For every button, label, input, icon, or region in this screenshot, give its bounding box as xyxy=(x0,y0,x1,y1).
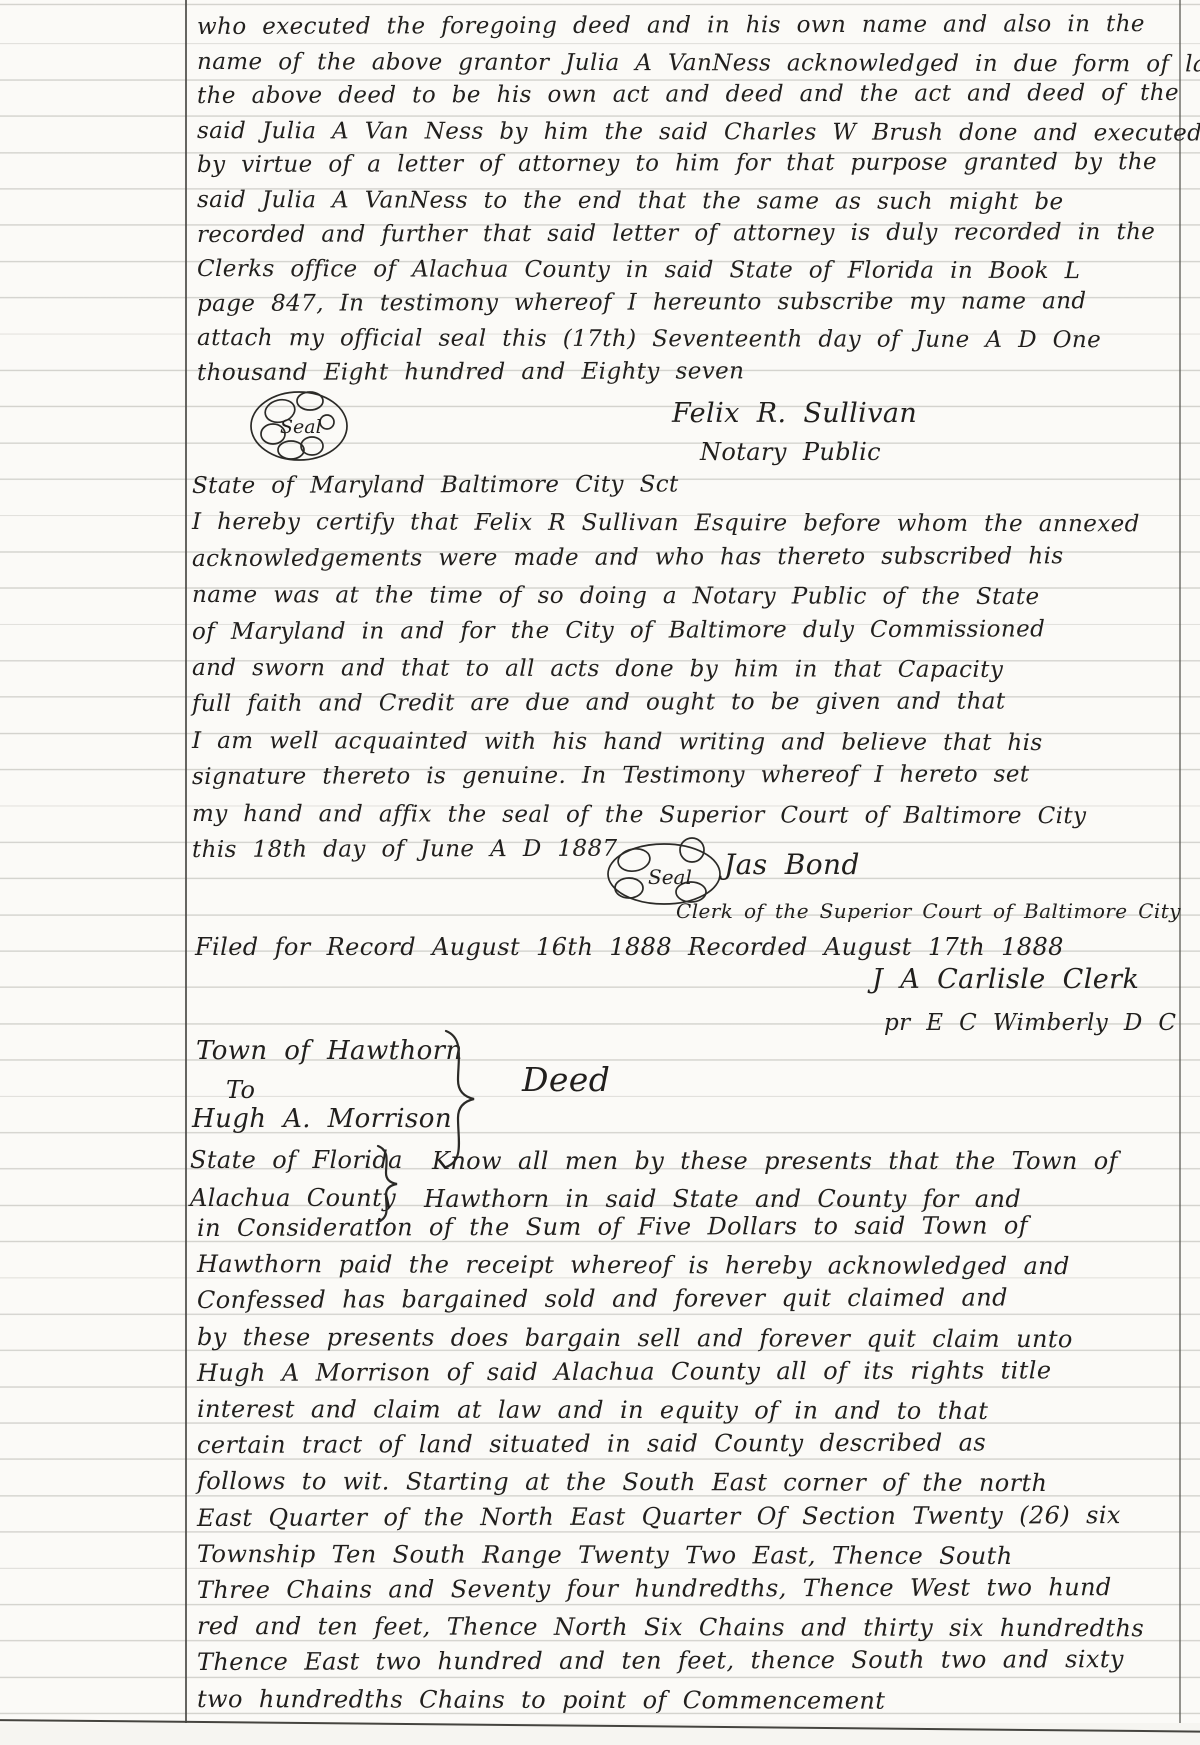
state-venue-label: State of Florida xyxy=(190,1146,403,1174)
seal-word: Seal xyxy=(648,865,692,889)
left-margin-rule xyxy=(185,0,187,1724)
notary-seal: Seal xyxy=(246,386,352,470)
certification-paragraph: State of Maryland Baltimore City Sct I h… xyxy=(192,468,1140,868)
handwritten-line: two hundredths Chains to point of Commen… xyxy=(197,1681,1144,1720)
caption-to: To xyxy=(226,1076,255,1104)
filing-note: Filed for Record August 16th 1888 Record… xyxy=(195,933,1064,961)
handwritten-line: Thence East two hundred and ten feet, th… xyxy=(197,1641,1144,1680)
notary-title: Notary Public xyxy=(700,438,881,466)
handwritten-line: Confessed has bargained sold and forever… xyxy=(197,1279,1144,1318)
handwritten-line: name was at the time of so doing a Notar… xyxy=(192,577,1140,616)
handwritten-line: follows to wit. Starting at the South Ea… xyxy=(197,1463,1144,1502)
clerk-title: Clerk of the Superior Court of Baltimore… xyxy=(676,899,1181,923)
clerk-signature: Jas Bond xyxy=(724,848,860,881)
caption-grantee: Hugh A. Morrison xyxy=(192,1104,452,1134)
handwritten-line: full faith and Credit are due and ought … xyxy=(192,683,1140,722)
handwritten-line: page 847, In testimony whereof I hereunt… xyxy=(197,284,1200,322)
handwritten-line: of Maryland in and for the City of Balti… xyxy=(192,611,1140,650)
handwritten-line: signature thereto is genuine. In Testimo… xyxy=(192,756,1140,795)
handwritten-line: thousand Eight hundred and Eighty seven xyxy=(197,353,1200,391)
deed-body-paragraph: in Consideration of the Sum of Five Doll… xyxy=(197,1210,1144,1717)
handwritten-line: by virtue of a letter of attorney to him… xyxy=(197,145,1200,183)
caption-grantor: Town of Hawthorn xyxy=(196,1036,463,1066)
handwritten-line: the above deed to be his own act and dee… xyxy=(197,76,1200,114)
handwritten-line: Hugh A Morrison of said Alachua County a… xyxy=(197,1352,1144,1391)
handwritten-line: certain tract of land situated in said C… xyxy=(197,1424,1144,1463)
seal-word: Seal xyxy=(280,416,322,438)
handwritten-line: recorded and further that said letter of… xyxy=(197,214,1200,252)
recording-clerk-signature: J A Carlisle Clerk xyxy=(872,964,1139,995)
deputy-clerk-signature: pr E C Wimberly D C xyxy=(884,1010,1176,1036)
handwritten-line: Three Chains and Seventy four hundredths… xyxy=(197,1569,1144,1608)
handwritten-line: acknowledgements were made and who has t… xyxy=(192,538,1140,577)
venue-heading: State of Maryland Baltimore City Sct xyxy=(192,465,1140,504)
county-venue-label: Alachua County xyxy=(190,1184,396,1212)
handwritten-line: in Consideration of the Sum of Five Doll… xyxy=(197,1207,1144,1246)
instrument-title: Deed xyxy=(522,1060,610,1099)
handwritten-line: Know all men by these presents that the … xyxy=(432,1147,1118,1175)
handwritten-line: I hereby certify that Felix R Sullivan E… xyxy=(192,504,1140,543)
deed-record-page: who executed the foregoing deed and in h… xyxy=(0,0,1200,1745)
handwritten-line: East Quarter of the North East Quarter O… xyxy=(197,1497,1144,1536)
notary-signature: Felix R. Sullivan xyxy=(672,398,917,429)
acknowledgment-paragraph: who executed the foregoing deed and in h… xyxy=(197,10,1200,391)
handwritten-line: by these presents does bargain sell and … xyxy=(197,1319,1144,1358)
handwritten-line: who executed the foregoing deed and in h… xyxy=(197,7,1200,45)
